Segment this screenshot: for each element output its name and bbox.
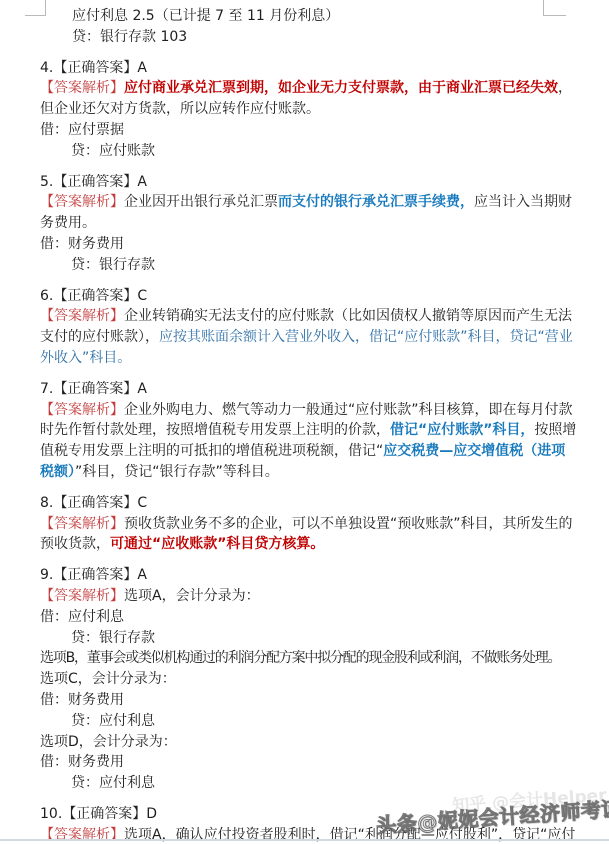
answer-section-10: 10.【正确答案】D 【答案解析】选项A，确认应付投资者股利时，借记“利润分配—… xyxy=(40,804,609,844)
answer-section-5: 5.【正确答案】A 【答案解析】企业因开出银行承兑汇票而支付的银行承兑汇票手续费… xyxy=(40,172,609,276)
section-heading: 8.【正确答案】C xyxy=(40,493,609,514)
document-page: 应付利息 2.5（已计提 7 至 11 月份利息） 贷：银行存款 103 4.【… xyxy=(0,0,609,844)
section-heading: 6.【正确答案】C xyxy=(40,286,609,307)
analysis-label: 【答案解析】 xyxy=(40,516,124,532)
journal-line-credit: 贷：应付利息 xyxy=(40,773,609,794)
section-heading: 4.【正确答案】A xyxy=(40,58,609,79)
journal-line-debit: 借：财务费用 xyxy=(40,234,609,255)
analysis-paragraph: 【答案解析】选项A，会计分录为： xyxy=(40,586,577,607)
analysis-label: 【答案解析】 xyxy=(40,80,124,96)
emphasis-red-text: 可通过“应收账款”科目贷方核算。 xyxy=(110,536,324,552)
analysis-paragraph: 【答案解析】预收货款业务不多的企业，可以不单独设置“预收账款”科目，其所发生的预… xyxy=(40,514,577,556)
journal-line-credit: 贷：银行存款 xyxy=(40,255,609,276)
analysis-paragraph: 【答案解析】企业转销确实无法支付的应付账款（比如因债权人撤销等原因而产生无法支付… xyxy=(40,306,577,368)
analysis-label: 【答案解析】 xyxy=(40,588,124,604)
analysis-text: ”科目，贷记“银行存款”等科目。 xyxy=(75,464,279,480)
analysis-label: 【答案解析】 xyxy=(40,194,124,210)
option-b-line: 选项B，董事会或类似机构通过的利润分配方案中拟分配的现金股利或利润，不做账务处理… xyxy=(40,648,609,669)
analysis-text: 企业因开出银行承兑汇票 xyxy=(124,194,278,210)
journal-line-debit: 借：应付利息 xyxy=(40,607,609,628)
answer-key-content: 应付利息 2.5（已计提 7 至 11 月份利息） 贷：银行存款 103 4.【… xyxy=(0,0,609,844)
answer-section-8: 8.【正确答案】C 【答案解析】预收货款业务不多的企业，可以不单独设置“预收账款… xyxy=(40,493,609,555)
journal-line-credit: 贷：应付利息 xyxy=(40,711,609,732)
journal-line-credit-bank: 贷：银行存款 103 xyxy=(40,27,609,48)
option-c-line: 选项C，会计分录为： xyxy=(40,669,609,690)
answer-section-9: 9.【正确答案】A 【答案解析】选项A，会计分录为： 借：应付利息 贷：银行存款… xyxy=(40,565,609,794)
section-heading: 5.【正确答案】A xyxy=(40,172,609,193)
answer-section-4: 4.【正确答案】A 【答案解析】应付商业承兑汇票到期，如企业无力支付票款，由于商… xyxy=(40,58,609,162)
section-heading: 7.【正确答案】A xyxy=(40,379,609,400)
journal-line-credit: 贷：银行存款 xyxy=(40,628,609,649)
journal-line-debit: 借：财务费用 xyxy=(40,690,609,711)
journal-line-interest: 应付利息 2.5（已计提 7 至 11 月份利息） xyxy=(40,6,609,27)
emphasis-blue-text: 而支付的银行承兑汇票手续费， xyxy=(278,194,474,210)
answer-section-7: 7.【正确答案】A 【答案解析】企业外购电力、燃气等动力一般通过“应付账款”科目… xyxy=(40,379,609,483)
analysis-text: 选项A，会计分录为： xyxy=(124,588,260,604)
journal-line-credit: 贷：应付账款 xyxy=(40,141,609,162)
emphasis-red-text: 应付商业承兑汇票到期，如企业无力支付票款，由于商业汇票已经失效 xyxy=(124,80,558,96)
section-heading: 10.【正确答案】D xyxy=(40,804,609,825)
analysis-label: 【答案解析】 xyxy=(40,308,124,324)
analysis-paragraph: 【答案解析】应付商业承兑汇票到期，如企业无力支付票款，由于商业汇票已经失效，但企… xyxy=(40,78,577,120)
bottom-divider xyxy=(0,839,609,841)
journal-line-debit: 借：应付票据 xyxy=(40,120,609,141)
option-d-line: 选项D，会计分录为： xyxy=(40,732,609,753)
answer-section-6: 6.【正确答案】C 【答案解析】企业转销确实无法支付的应付账款（比如因债权人撤销… xyxy=(40,286,609,369)
section-heading: 9.【正确答案】A xyxy=(40,565,609,586)
analysis-paragraph: 【答案解析】选项A，确认应付投资者股利时，借记“利润分配—应付股利”，贷记“应付 xyxy=(40,825,577,844)
analysis-paragraph: 【答案解析】企业外购电力、燃气等动力一般通过“应付账款”科目核算，即在每月付款时… xyxy=(40,400,577,483)
analysis-label: 【答案解析】 xyxy=(40,402,124,418)
analysis-paragraph: 【答案解析】企业因开出银行承兑汇票而支付的银行承兑汇票手续费，应当计入当期财务费… xyxy=(40,192,577,234)
emphasis-blue-text: 借记“应付账款”科目， xyxy=(390,422,534,438)
journal-line-debit: 借：财务费用 xyxy=(40,752,609,773)
